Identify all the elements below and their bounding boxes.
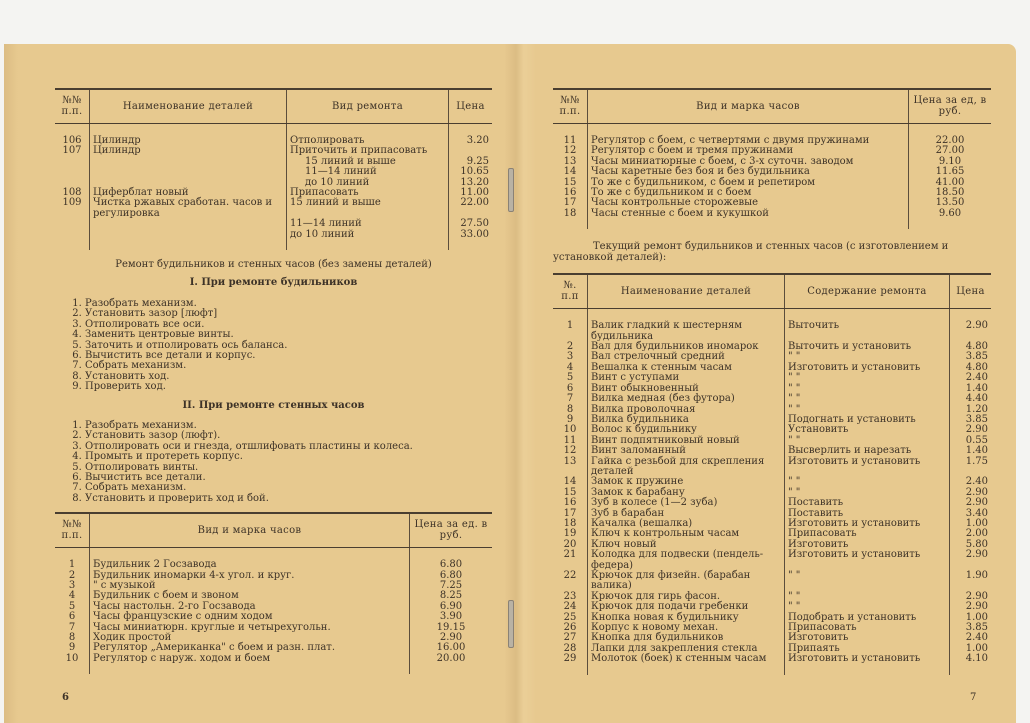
table-row: 10Регулятор с наруж. ходом и боем20.00: [55, 654, 492, 674]
staple-bottom: [508, 600, 514, 648]
col-header-part-name: Наименование деталей: [588, 274, 785, 309]
col-header-part-name: Наименование деталей: [90, 89, 287, 124]
repair-type: Отполировать: [287, 124, 449, 147]
row-number: 10: [55, 654, 90, 674]
alarm-steps-list: Разобрать механизм.Установить зазор [люф…: [55, 299, 492, 393]
part-name: Цилиндр: [90, 146, 287, 156]
price: 33.00: [449, 230, 493, 250]
repair-type: " ": [785, 394, 950, 404]
clock-type: Будильник 2 Госзавода: [90, 548, 410, 571]
part-name: [90, 157, 287, 167]
repair-type: Изготовить и установить: [785, 550, 950, 571]
left-clocks-table: №№ п.п. Вид и марка часов Цена за ед. в …: [55, 512, 492, 674]
price: 20.00: [410, 654, 493, 674]
repair-type: " ": [785, 384, 950, 394]
step-item: Промыть и протереть корпус.: [85, 452, 492, 462]
table-row: 107ЦилиндрПриточить и припасовать: [55, 146, 492, 156]
repair-type: Изготовить и установить: [785, 457, 950, 478]
price: 3.20: [449, 124, 493, 147]
col-header-price: Цена: [950, 274, 992, 309]
row-number: 18: [553, 209, 588, 229]
part-name: Колодка для подвески (пендель-федера): [588, 550, 785, 571]
repair-type: 15 линий и выше: [287, 198, 449, 219]
repair-type: Выточить и установить: [785, 342, 950, 352]
col-header-price: Цена: [449, 89, 493, 124]
clock-type: Регулятор с наруж. ходом и боем: [90, 654, 410, 674]
row-number: 13: [553, 457, 588, 478]
col-header-clock-type: Вид и марка часов: [588, 89, 909, 124]
part-name: Цилиндр: [90, 124, 287, 147]
repair-type: " ": [785, 477, 950, 487]
repair-type: " ": [785, 373, 950, 383]
clock-type: Часы стенные с боем и кукушкой: [588, 209, 909, 229]
table-row: 7Вилка медная (без футора)" "4.40: [553, 394, 991, 404]
table-row: 12Винт заломанныйВысверлить и нарезать1.…: [553, 446, 991, 456]
col-header-clock-type: Вид и марка часов: [90, 513, 410, 548]
clock-type: Регулятор с боем, с четвертями с двумя п…: [588, 124, 909, 147]
table-row: 106ЦилиндрОтполировать3.20: [55, 124, 492, 147]
row-number: 16: [553, 498, 588, 508]
table-row: 1Будильник 2 Госзавода6.80: [55, 548, 492, 571]
price: 2.90: [950, 309, 992, 342]
col-header-repair-type: Вид ремонта: [287, 89, 449, 124]
part-name: Молоток (боек) к стенным часам: [588, 654, 785, 674]
col-header-repair-content: Содержание ремонта: [785, 274, 950, 309]
left-parts-table: №№ п.п. Наименование деталей Вид ремонта…: [55, 88, 492, 250]
step-item: Заменить центровые винты.: [85, 330, 492, 340]
table-row: 22Крючок для физейн. (барабан валика)" "…: [553, 571, 991, 592]
price: 22.00: [909, 124, 992, 147]
part-name: Крючок для физейн. (барабан валика): [588, 571, 785, 592]
table-row: 16Зуб в колесе (1—2 зуба)Поставить2.90: [553, 498, 991, 508]
page-number-left: 6: [62, 692, 69, 703]
price: 1.40: [950, 446, 992, 456]
part-name: Зуб в колесе (1—2 зуба): [588, 498, 785, 508]
table-row: 11Регулятор с боем, с четвертями с двумя…: [553, 124, 991, 147]
left-page: №№ п.п. Наименование деталей Вид ремонта…: [55, 88, 492, 674]
row-number: 22: [553, 571, 588, 592]
price: 1.90: [950, 571, 992, 592]
part-name: Валик гладкий к шестерням будильника: [588, 309, 785, 342]
col-header-num: №№ п.п.: [55, 513, 90, 548]
part-name: Чистка ржавых сработан. часов и регулиро…: [90, 198, 287, 219]
col-header-unit-price: Цена за ед. в руб.: [410, 513, 493, 548]
price: 2.90: [950, 498, 992, 508]
intro-text: Текущий ремонт будильников и стенных час…: [553, 241, 991, 263]
step-item: Установить и проверить ход и бой.: [85, 494, 492, 504]
part-name: [90, 167, 287, 177]
table-row: 11—14 линий27.50: [55, 219, 492, 229]
staple-top: [508, 168, 514, 212]
row-number: 12: [553, 446, 588, 456]
price: 6.80: [410, 548, 493, 571]
part-name: Вилка медная (без футора): [588, 394, 785, 404]
row-number: [55, 230, 90, 250]
price: 2.90: [950, 550, 992, 571]
table-row: 29Молоток (боек) к стенным часамИзготови…: [553, 654, 991, 674]
table-row: 21Колодка для подвески (пендель-федера)И…: [553, 550, 991, 571]
repair-type: " ": [785, 592, 950, 602]
table-row: 109Чистка ржавых сработан. часов и регул…: [55, 198, 492, 219]
col-header-num: №№ п.п.: [553, 89, 588, 124]
table-row: 15 линий и выше9.25: [55, 157, 492, 167]
col-header-num: №№ п.п.: [55, 89, 90, 124]
col-header-num: №. п.п: [553, 274, 588, 309]
price: 9.60: [909, 209, 992, 229]
table-row: 1Валик гладкий к шестерням будильникаВыт…: [553, 309, 991, 342]
repair-type: Изготовить и установить: [785, 363, 950, 373]
row-number: 106: [55, 124, 90, 147]
row-number: 11: [553, 124, 588, 147]
col-header-unit-price: Цена за ед, в руб.: [909, 89, 992, 124]
part-name: Гайка с резьбой для скрепления деталей: [588, 457, 785, 478]
row-number: 109: [55, 198, 90, 219]
alarm-section-heading: I. При ремонте будильников: [55, 278, 492, 288]
price: 4.40: [950, 394, 992, 404]
price: 22.00: [449, 198, 493, 219]
part-name: [90, 230, 287, 250]
repair-type: Изготовить и установить: [785, 654, 950, 674]
repair-type: до 10 линий: [287, 230, 449, 250]
price: 1.75: [950, 457, 992, 478]
row-number: [55, 219, 90, 229]
wall-section-heading: II. При ремонте стенных часов: [55, 401, 492, 411]
table-row: 11—14 линий10.65: [55, 167, 492, 177]
part-name: [90, 219, 287, 229]
page-number-right: 7: [970, 692, 976, 703]
row-number: 29: [553, 654, 588, 674]
repair-type: Выточить: [785, 309, 950, 342]
wall-steps-list: Разобрать механизм.Установить зазор (люф…: [55, 421, 492, 504]
table-row: 18Часы стенные с боем и кукушкой9.60: [553, 209, 991, 229]
step-item: Проверить ход.: [85, 382, 492, 392]
repair-type: " ": [785, 571, 950, 592]
right-page: №№ п.п. Вид и марка часов Цена за ед, в …: [553, 88, 991, 675]
part-name: Винт заломанный: [588, 446, 785, 456]
row-number: [55, 157, 90, 167]
right-parts-table: №. п.п Наименование деталей Содержание р…: [553, 273, 991, 674]
section-title: Ремонт будильников и стенных часов (без …: [55, 260, 492, 270]
price: 4.10: [950, 654, 992, 674]
row-number: 21: [553, 550, 588, 571]
row-number: [55, 167, 90, 177]
table-row: до 10 линий33.00: [55, 230, 492, 250]
row-number: 1: [553, 309, 588, 342]
table-row: 13Гайка с резьбой для скрепления деталей…: [553, 457, 991, 478]
repair-type: Поставить: [785, 498, 950, 508]
row-number: 107: [55, 146, 90, 156]
row-number: 7: [553, 394, 588, 404]
row-number: 1: [55, 548, 90, 571]
repair-type: Установить: [785, 425, 950, 435]
right-clocks-table: №№ п.п. Вид и марка часов Цена за ед, в …: [553, 88, 991, 229]
repair-type: Высверлить и нарезать: [785, 446, 950, 456]
